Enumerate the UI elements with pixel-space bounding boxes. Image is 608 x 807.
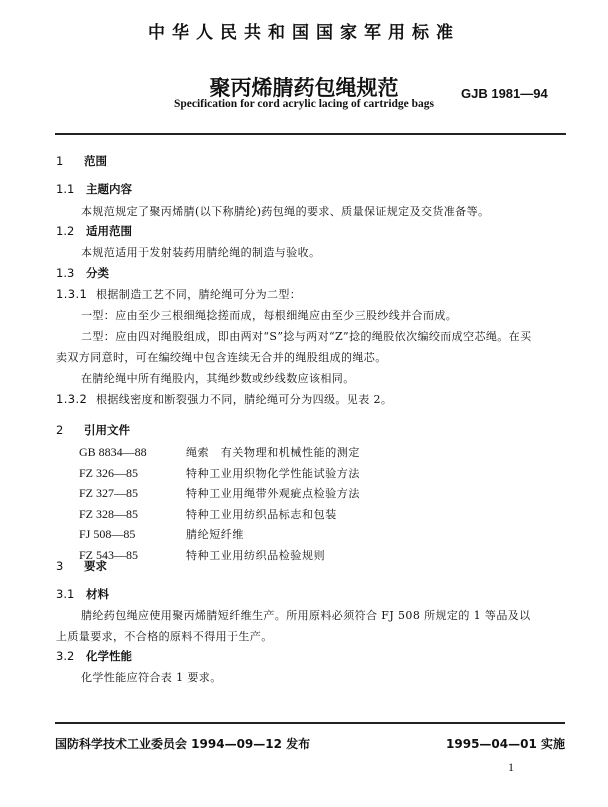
reference-title: 特种工业用织物化学性能试验方法 (186, 467, 360, 480)
section-1-2-heading: 1.2适用范围 (56, 223, 132, 239)
section-number: 1 (56, 154, 84, 168)
reference-title: 特种工业用绳带外观疵点检验方法 (186, 487, 360, 500)
reference-title: 特种工业用纺织品检验规则 (186, 549, 325, 562)
section-title: 范围 (84, 154, 107, 168)
section-title: 要求 (84, 559, 107, 573)
footer-divider (55, 722, 565, 724)
section-number: 1.3.2 (56, 392, 96, 406)
reference-item: FZ 543—85特种工业用纺织品检验规则 (79, 544, 360, 565)
section-1-3-1-line: 1.3.1根据制造工艺不同，腈纶绳可分为二型： (56, 286, 301, 302)
document-title-en: Specification for cord acrylic lacing of… (0, 98, 608, 110)
reference-item: FZ 326—85特种工业用织物化学性能试验方法 (79, 462, 360, 483)
section-1-3-heading: 1.3分类 (56, 265, 109, 281)
strand-note: 在腈纶绳中所有绳股内，其绳纱数或纱线数应该相同。 (81, 370, 355, 386)
reference-title: 特种工业用纺织品标志和包装 (186, 508, 337, 521)
section-3-2-heading: 3.2化学性能 (56, 648, 132, 664)
page-number: 1 (508, 760, 514, 775)
reference-code: FZ 326—85 (79, 466, 186, 481)
reference-item: GB 8834—88绳索 有关物理和机械性能的测定 (79, 441, 360, 462)
section-title: 化学性能 (86, 649, 132, 663)
type-2-description-line2: 卖双方同意时，可在编绞绳中包含连续无合并的绳股组成的绳芯。 (56, 349, 387, 365)
section-2-heading: 2引用文件 (56, 422, 130, 438)
section-3-1-text-line1: 腈纶药包绳应使用聚丙烯腈短纤维生产。所用原料必须符合 FJ 508 所规定的 1… (81, 607, 531, 623)
reference-code: FJ 508—85 (79, 527, 186, 542)
section-number: 1.2 (56, 224, 86, 238)
section-number: 3.2 (56, 649, 86, 663)
reference-item: FJ 508—85腈纶短纤维 (79, 523, 360, 544)
section-3-2-text: 化学性能应符合表 1 要求。 (81, 669, 222, 685)
references-list: GB 8834—88绳索 有关物理和机械性能的测定 FZ 326—85特种工业用… (79, 441, 360, 564)
issue-statement: 国防科学技术工业委员会 1994—09—12 发布 (55, 735, 310, 752)
reference-item: FZ 327—85特种工业用绳带外观疵点检验方法 (79, 482, 360, 503)
section-title: 引用文件 (84, 423, 130, 437)
reference-code: GB 8834—88 (79, 445, 186, 460)
standard-organization: 中华人民共和国国家军用标准 (0, 18, 608, 43)
type-1-description: 一型：应由至少三根细绳捻搓而成，每根细绳应由至少三股纱线并合而成。 (81, 307, 457, 323)
section-number: 1.3.1 (56, 287, 96, 301)
section-1-heading: 1范围 (56, 153, 107, 169)
section-number: 3 (56, 559, 84, 573)
section-number: 1.3 (56, 266, 86, 280)
section-1-3-2-line: 1.3.2根据线密度和断裂强力不同，腈纶绳可分为四级。见表 2。 (56, 391, 392, 407)
reference-title: 腈纶短纤维 (186, 528, 244, 541)
effective-statement: 1995—04—01 实施 (446, 735, 565, 752)
section-number: 3.1 (56, 587, 86, 601)
section-title: 适用范围 (86, 224, 132, 238)
section-1-3-2-text: 根据线密度和断裂强力不同，腈纶绳可分为四级。见表 2。 (96, 393, 392, 406)
section-number: 1.1 (56, 182, 86, 196)
section-1-3-1-text: 根据制造工艺不同，腈纶绳可分为二型： (96, 288, 301, 301)
section-title: 材料 (86, 587, 109, 601)
section-1-1-heading: 1.1主题内容 (56, 181, 132, 197)
type-2-description-line1: 二型：应由四对绳股组成，即由两对“S”捻与两对“Z”捻的绳股依次编绞而成空芯绳。… (81, 328, 531, 344)
reference-item: FZ 328—85特种工业用纺织品标志和包装 (79, 503, 360, 524)
reference-title: 绳索 有关物理和机械性能的测定 (186, 446, 360, 459)
section-title: 分类 (86, 266, 109, 280)
section-1-1-text: 本规范规定了聚丙烯腈(以下称腈纶)药包绳的要求、质量保证规定及交货准备等。 (81, 203, 489, 219)
reference-code: FZ 328—85 (79, 507, 186, 522)
section-title: 主题内容 (86, 182, 132, 196)
section-3-1-text-line2: 上质量要求，不合格的原料不得用于生产。 (56, 628, 273, 644)
section-1-2-text: 本规范适用于发射装药用腈纶绳的制造与验收。 (81, 244, 320, 260)
reference-code: FZ 327—85 (79, 486, 186, 501)
section-3-1-heading: 3.1材料 (56, 586, 109, 602)
section-3-heading: 3要求 (56, 558, 107, 574)
header-divider (55, 133, 566, 135)
section-number: 2 (56, 423, 84, 437)
